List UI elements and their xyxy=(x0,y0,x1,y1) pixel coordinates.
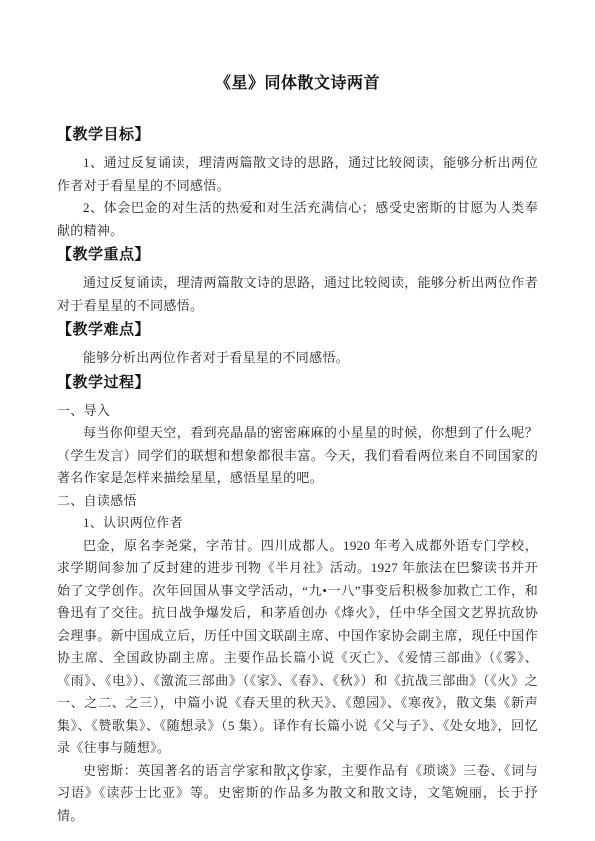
section-heading: 【教学难点】 xyxy=(57,317,538,343)
section-label: 一、导入 xyxy=(57,400,538,423)
paragraph: 2、体会巴金的对生活的热爱和对生活充满信心；感受史密斯的甘愿为人类奉献的精神。 xyxy=(57,197,538,242)
section-label: 二、自读感悟 xyxy=(57,490,538,513)
paragraph: 1、通过反复诵读，理清两篇散文诗的思路，通过比较阅读，能够分析出两位作者对于看星… xyxy=(57,152,538,197)
section-heading: 【教学目标】 xyxy=(57,122,538,148)
page-number-indicator: 1 / 2 xyxy=(0,772,595,783)
paragraph: 巴金，原名李尧棠，字芾甘。四川成都人。1920 年考入成都外语专门学校，求学期间… xyxy=(57,535,538,760)
paragraph: 能够分析出两位作者对于看星星的不同感悟。 xyxy=(57,347,538,370)
document-title: 《星》同体散文诗两首 xyxy=(57,72,538,96)
paragraph: 1、认识两位作者 xyxy=(57,512,538,535)
document-body: 【教学目标】1、通过反复诵读，理清两篇散文诗的思路，通过比较阅读，能够分析出两位… xyxy=(57,122,538,827)
paragraph: 每当你仰望天空，看到亮晶晶的密密麻麻的小星星的时候，你想到了什么呢？（学生发言）… xyxy=(57,422,538,490)
document-page: 《星》同体散文诗两首 【教学目标】1、通过反复诵读，理清两篇散文诗的思路，通过比… xyxy=(0,0,595,841)
paragraph: 史密斯：英国著名的语言学家和散文作家，主要作品有《琐谈》三卷、《词与习语》《读莎… xyxy=(57,760,538,828)
section-heading: 【教学重点】 xyxy=(57,242,538,268)
paragraph: 通过反复诵读，理清两篇散文诗的思路，通过比较阅读，能够分析出两位作者对于看星星的… xyxy=(57,272,538,317)
section-heading: 【教学过程】 xyxy=(57,370,538,396)
